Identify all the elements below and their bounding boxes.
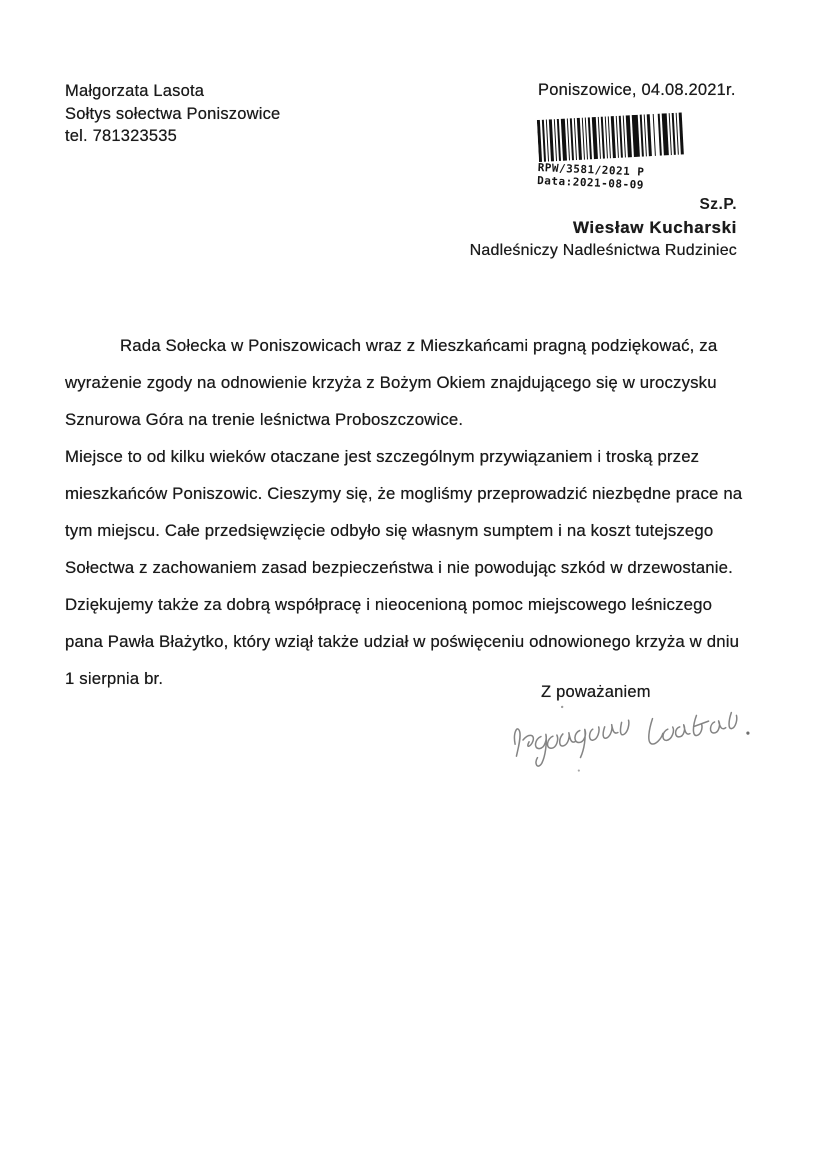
scanned-letter-page: Małgorzata Lasota Sołtys sołectwa Ponisz… bbox=[0, 0, 829, 1172]
body-line: Sołectwa z zachowaniem zasad bezpieczeńs… bbox=[65, 549, 775, 586]
body-line: wyrażenie zgody na odnowienie krzyża z B… bbox=[65, 364, 775, 401]
sender-phone: tel. 781323535 bbox=[65, 125, 280, 148]
sender-block: Małgorzata Lasota Sołtys sołectwa Ponisz… bbox=[65, 80, 280, 148]
recipient-salutation: Sz.P. bbox=[470, 196, 737, 214]
body-line: mieszkańców Poniszowic. Cieszymy się, że… bbox=[65, 475, 775, 512]
recipient-block: Sz.P. Wiesław Kucharski Nadleśniczy Nadl… bbox=[470, 196, 737, 260]
body-line: Rada Sołecka w Poniszowicach wraz z Mies… bbox=[65, 327, 775, 364]
recipient-name: Wiesław Kucharski bbox=[470, 218, 737, 238]
closing-phrase: Z poważaniem bbox=[541, 683, 651, 702]
body-line: tym miejscu. Całe przedsięwzięcie odbyło… bbox=[65, 512, 775, 549]
body-line: pana Pawła Błażytko, który wziął także u… bbox=[65, 623, 775, 660]
body-line: Miejsce to od kilku wieków otaczane jest… bbox=[65, 438, 775, 475]
handwritten-signature bbox=[504, 700, 771, 777]
body-line: Sznurowa Góra na trenie leśnictwa Probos… bbox=[65, 401, 775, 438]
body-line: 1 sierpnia br. bbox=[65, 660, 775, 697]
body-line: Dziękujemy także za dobrą współpracę i n… bbox=[65, 586, 775, 623]
recipient-title: Nadleśniczy Nadleśnictwa Rudziniec bbox=[470, 242, 737, 260]
place-and-date: Poniszowice, 04.08.2021r. bbox=[538, 81, 736, 100]
barcode-icon bbox=[537, 112, 687, 164]
sender-role: Sołtys sołectwa Poniszowice bbox=[65, 103, 280, 126]
letter-body: Rada Sołecka w Poniszowicach wraz z Mies… bbox=[65, 327, 775, 697]
postal-registration-stamp: RPW/3581/2021 P Data:2021-08-09 bbox=[538, 120, 708, 187]
sender-name: Małgorzata Lasota bbox=[65, 80, 280, 103]
